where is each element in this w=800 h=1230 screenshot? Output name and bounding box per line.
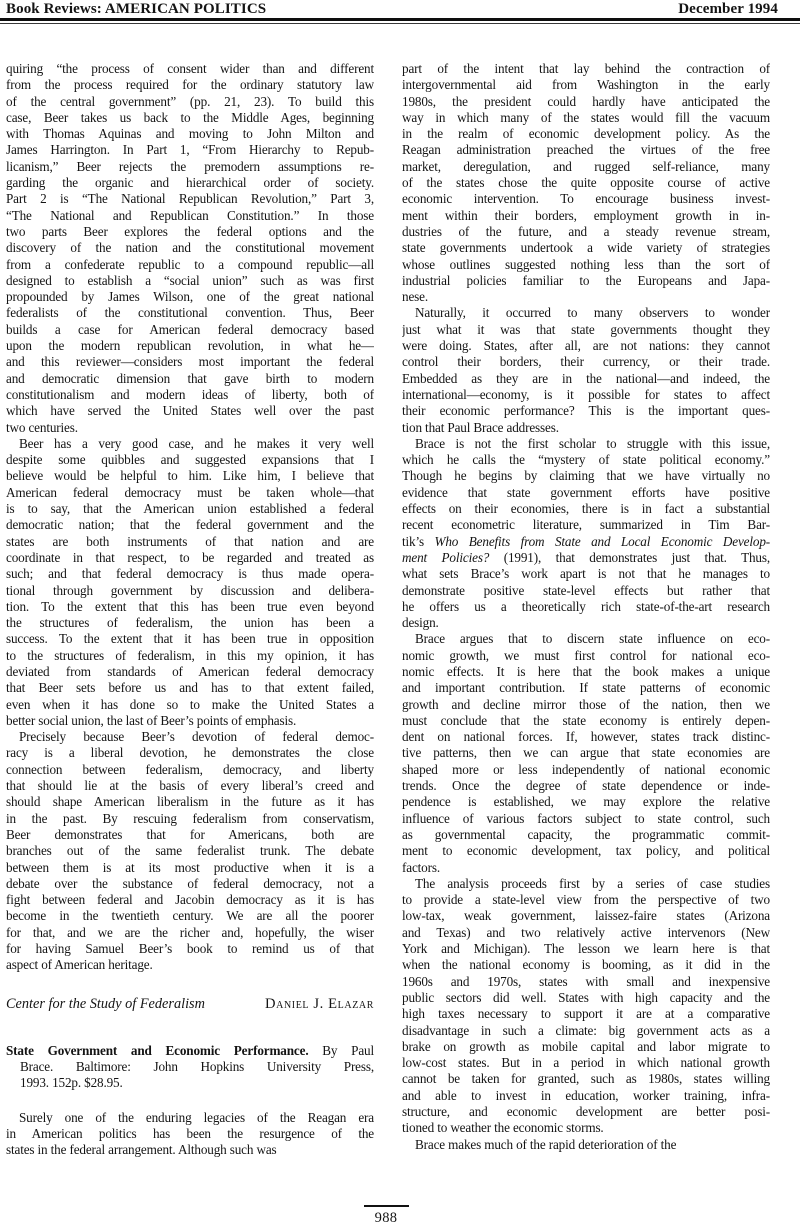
- text-line: fight between federal and Jacobin democr…: [6, 892, 374, 908]
- text-line: design.: [402, 615, 770, 631]
- text-line: nomic effects. It is here that the book …: [402, 664, 770, 680]
- text-line: in American politics has been the resurg…: [6, 1126, 374, 1142]
- text-line: from the process required for the ordina…: [6, 77, 374, 93]
- paragraph: The analysis proceeds first by a series …: [402, 876, 770, 1137]
- text-line: growth and decline mirror those of the n…: [402, 697, 770, 713]
- text-line: and Texas) and two relatively active int…: [402, 925, 770, 941]
- text-line: tioned to weather the economic storms.: [402, 1120, 770, 1136]
- cited-work-italic: Who Benefits from State and Local Econom…: [435, 534, 770, 549]
- text-line: and able to invest in education, worker …: [402, 1088, 770, 1104]
- reviewer-name: Daniel J. Elazar: [265, 996, 374, 1013]
- text-line: dent on national forces. If, however, st…: [402, 729, 770, 745]
- page-footer: 988: [346, 1205, 426, 1227]
- text-line: two centuries.: [6, 420, 374, 436]
- paragraph: Surely one of the enduring legacies of t…: [6, 1110, 374, 1159]
- text-line: better social union, the last of Beer’s …: [6, 713, 374, 729]
- text-line: is to say, that the American union estab…: [6, 501, 374, 517]
- text-line: Embedded as they are in the national—and…: [402, 371, 770, 387]
- text-line: believe would be helpful to him. Like hi…: [6, 468, 374, 484]
- text-line: pendence is established, we may explore …: [402, 794, 770, 810]
- text-line: tion. To the extent that this has been t…: [6, 599, 374, 615]
- text-line: The analysis proceeds first by a series …: [402, 876, 770, 892]
- text-line: the structures of federalism, the union …: [6, 615, 374, 631]
- text-line: Part 2 is “The National Republican Revol…: [6, 191, 374, 207]
- text-line: racy is a liberal devotion, he demonstra…: [6, 745, 374, 761]
- text-line: must conclude that the state economy is …: [402, 713, 770, 729]
- text-line: way in which many of the states would fi…: [402, 110, 770, 126]
- text-line: nese.: [402, 289, 770, 305]
- text-line: intergovernmental aid from Washington in…: [402, 77, 770, 93]
- text-line: designed to establish a “social union” s…: [6, 273, 374, 289]
- text-line: and democratic dimension that gave birth…: [6, 371, 374, 387]
- text-line: tional through government by discussion …: [6, 583, 374, 599]
- running-head: Book Reviews: AMERICAN POLITICS December…: [6, 1, 778, 18]
- text-line: should shape American liberalism in the …: [6, 794, 374, 810]
- running-head-section: Book Reviews: AMERICAN POLITICS: [6, 1, 266, 18]
- text-line: federalists of the constitutional conven…: [6, 305, 374, 321]
- text-line: part of the intent that lay behind the c…: [402, 61, 770, 77]
- text-line: state governments undertook a wide varie…: [402, 240, 770, 256]
- text-line: and important contribution. If state pat…: [402, 680, 770, 696]
- header-rule-thin: [0, 23, 800, 24]
- text-line: such; and that federal democracy is thus…: [6, 566, 374, 582]
- text-line: high taxes necessary to support it are a…: [402, 1006, 770, 1022]
- text-line: in the realm of economic development pol…: [402, 126, 770, 142]
- paragraph: Beer has a very good case, and he makes …: [6, 436, 374, 729]
- text-line: in the past. By rescuing federalism from…: [6, 811, 374, 827]
- text-line: which have served the United States well…: [6, 403, 374, 419]
- book-citation-line: 1993. 152p. $28.95.: [6, 1075, 374, 1091]
- paragraph: Brace makes much of the rapid deteriorat…: [402, 1137, 770, 1153]
- text-line: tive patterns, then we can argue that st…: [402, 745, 770, 761]
- paragraph: Naturally, it occurred to many observers…: [402, 305, 770, 435]
- text-line: Reagan administration preached the virtu…: [402, 142, 770, 158]
- text-line: 1980s, the president could hardly have a…: [402, 94, 770, 110]
- text-line: control their borders, their currency, o…: [402, 354, 770, 370]
- text-line: propounded by James Wilson, one of the g…: [6, 289, 374, 305]
- book-citation-line: Brace. Baltimore: John Hopkins Universit…: [6, 1059, 374, 1075]
- text-line: tion that Paul Brace addresses.: [402, 420, 770, 436]
- text-line: when the national economy is booming, as…: [402, 957, 770, 973]
- text-line: York and Michigan). The lesson we learn …: [402, 941, 770, 957]
- paragraph: Brace is not the first scholar to strugg…: [402, 436, 770, 632]
- text-line: ment within their borders, employment gr…: [402, 208, 770, 224]
- text-line: their economic performance? This is the …: [402, 403, 770, 419]
- text-line: to the structures of federalism, in this…: [6, 648, 374, 664]
- text-line: aspect of American heritage.: [6, 957, 374, 973]
- text-line: nomic growth, we must first control for …: [402, 648, 770, 664]
- text-line: Beer has a very good case, and he makes …: [6, 436, 374, 452]
- text-line: deviated from standards of American fede…: [6, 664, 374, 680]
- journal-page: Book Reviews: AMERICAN POLITICS December…: [0, 0, 800, 1230]
- text-line: just what it was that state governments …: [402, 322, 770, 338]
- text-line: upon the modern republican revolution, i…: [6, 338, 374, 354]
- text-line: were doing. States, after all, are not n…: [402, 338, 770, 354]
- text-line: between them is at its most productive w…: [6, 860, 374, 876]
- text-line: even when it has done so to make the Uni…: [6, 697, 374, 713]
- page-number: 988: [346, 1210, 426, 1227]
- text-line: to provide a state-level view from the p…: [402, 892, 770, 908]
- text-line: brake on growth as mobile capital and la…: [402, 1039, 770, 1055]
- text-line: that should lie at the basis of every li…: [6, 778, 374, 794]
- text-line: quiring “the process of consent wider th…: [6, 61, 374, 77]
- text-line: “The National and Republican Constitutio…: [6, 208, 374, 224]
- text-line: whose outlines suggested nothing less th…: [402, 257, 770, 273]
- text-line: which he calls the “mystery of state pol…: [402, 452, 770, 468]
- text-line: of the central government” (pp. 21, 23).…: [6, 94, 374, 110]
- text-line: debate over the substance of federal dem…: [6, 876, 374, 892]
- text-line: as governmental capacity, the programmat…: [402, 827, 770, 843]
- text-line: Beer demonstrates that for Americans, bo…: [6, 827, 374, 843]
- text-line: of the states chose the quite opposite c…: [402, 175, 770, 191]
- text-line: structure, and economic development are …: [402, 1104, 770, 1120]
- text-line: coordinate in that respect, to be regard…: [6, 550, 374, 566]
- paragraph: part of the intent that lay behind the c…: [402, 61, 770, 305]
- text-line: economic intervention. To encourage busi…: [402, 191, 770, 207]
- text-line: trends. Once the degree of state depende…: [402, 778, 770, 794]
- book-citation-line: State Government and Economic Performanc…: [6, 1043, 374, 1059]
- text-line: tik’s Who Benefits from State and Local …: [402, 534, 770, 550]
- text-line: Surely one of the enduring legacies of t…: [6, 1110, 374, 1126]
- text-line: shaped more or less independently of nat…: [402, 762, 770, 778]
- running-head-date: December 1994: [678, 1, 778, 18]
- text-line: industrial policies familiar to the Euro…: [402, 273, 770, 289]
- book-title-bold: State Government and Economic Performanc…: [6, 1043, 309, 1058]
- paragraph: Brace argues that to discern state influ…: [402, 631, 770, 875]
- text-line: success. To the extent that it has been …: [6, 631, 374, 647]
- text-line: influence of various factors subject to …: [402, 811, 770, 827]
- text-line: Brace makes much of the rapid deteriorat…: [402, 1137, 770, 1153]
- text-line: for that, and we are the richer and, hop…: [6, 925, 374, 941]
- text-line: case, Beer takes us back to the Middle A…: [6, 110, 374, 126]
- text-line: two parts Beer explores the federal opti…: [6, 224, 374, 240]
- reviewer-affiliation: Center for the Study of Federalism: [6, 996, 205, 1013]
- text-line: low-tax, weak government, laissez-faire …: [402, 908, 770, 924]
- text-line: effects on their economies, there is in …: [402, 501, 770, 517]
- text-line: he offers us a theoretically rich state-…: [402, 599, 770, 615]
- left-column: quiring “the process of consent wider th…: [6, 61, 374, 1158]
- text-line: cannot be taken for granted, such as 198…: [402, 1071, 770, 1087]
- text-line: evidence that state government efforts h…: [402, 485, 770, 501]
- text-line: Brace argues that to discern state influ…: [402, 631, 770, 647]
- text-line: demonstrate positive state-level effects…: [402, 583, 770, 599]
- text-line: Precisely because Beer’s devotion of fed…: [6, 729, 374, 745]
- text-line: become in the twentieth century. We are …: [6, 908, 374, 924]
- header-rule-thick: [0, 18, 800, 21]
- cited-work-italic: ment Policies?: [402, 550, 489, 565]
- text-line: international—economy, is it possible fo…: [402, 387, 770, 403]
- text-line: disadvantage in such a climate: big gove…: [402, 1023, 770, 1039]
- text-line: ment Policies? (1991), that demonstrates…: [402, 550, 770, 566]
- text-line: recent econometric literature, summarize…: [402, 517, 770, 533]
- text-line: Naturally, it occurred to many observers…: [402, 305, 770, 321]
- paragraph: Precisely because Beer’s devotion of fed…: [6, 729, 374, 973]
- text-line: and this reviewer—considers most importa…: [6, 354, 374, 370]
- text-line: despite some quibbles and suggested expa…: [6, 452, 374, 468]
- text-line: from a confederate republic to a compoun…: [6, 257, 374, 273]
- reviewer-signature: Center for the Study of FederalismDaniel…: [6, 996, 374, 1013]
- text-line: American federal democracy must be taken…: [6, 485, 374, 501]
- paragraph: quiring “the process of consent wider th…: [6, 61, 374, 436]
- right-column: part of the intent that lay behind the c…: [402, 61, 770, 1153]
- text-line: garding the organic and hierarchical ord…: [6, 175, 374, 191]
- text-line: states in the federal arrangement. Altho…: [6, 1142, 374, 1158]
- text-line: constitutionalism and modern ideas of li…: [6, 387, 374, 403]
- text-line: Though he begins by claiming that we hav…: [402, 468, 770, 484]
- text-line: dustries of the future, and a steady rev…: [402, 224, 770, 240]
- book-citation: State Government and Economic Performanc…: [6, 1043, 374, 1092]
- text-line: branches out of the same federalist trun…: [6, 843, 374, 859]
- text-line: that Beer sets before us and has to that…: [6, 680, 374, 696]
- text-line: connection between federalism, democracy…: [6, 762, 374, 778]
- text-line: factors.: [402, 860, 770, 876]
- text-line: market, deregulation, and rugged self-re…: [402, 159, 770, 175]
- text-line: with Thomas Aquinas and moving to John M…: [6, 126, 374, 142]
- text-line: builds a case for American federal democ…: [6, 322, 374, 338]
- text-line: ment to economic development, tax policy…: [402, 843, 770, 859]
- text-line: low-cost states. But in a period in whic…: [402, 1055, 770, 1071]
- text-line: public sectors did well. States with hig…: [402, 990, 770, 1006]
- text-line: discovery of the nation and the constitu…: [6, 240, 374, 256]
- text-line: states are both instruments of that nati…: [6, 534, 374, 550]
- footer-rule: [364, 1205, 409, 1207]
- text-line: Brace is not the first scholar to strugg…: [402, 436, 770, 452]
- text-line: licanism,” Beer rejects the premodern as…: [6, 159, 374, 175]
- text-line: James Harrington. In Part 1, “From Hiera…: [6, 142, 374, 158]
- text-line: what sets Brace’s work apart is not that…: [402, 566, 770, 582]
- text-line: democratic nation; that the federal gove…: [6, 517, 374, 533]
- text-line: 1960s and 1970s, states with small and i…: [402, 974, 770, 990]
- text-line: for having Samuel Beer’s book to remind …: [6, 941, 374, 957]
